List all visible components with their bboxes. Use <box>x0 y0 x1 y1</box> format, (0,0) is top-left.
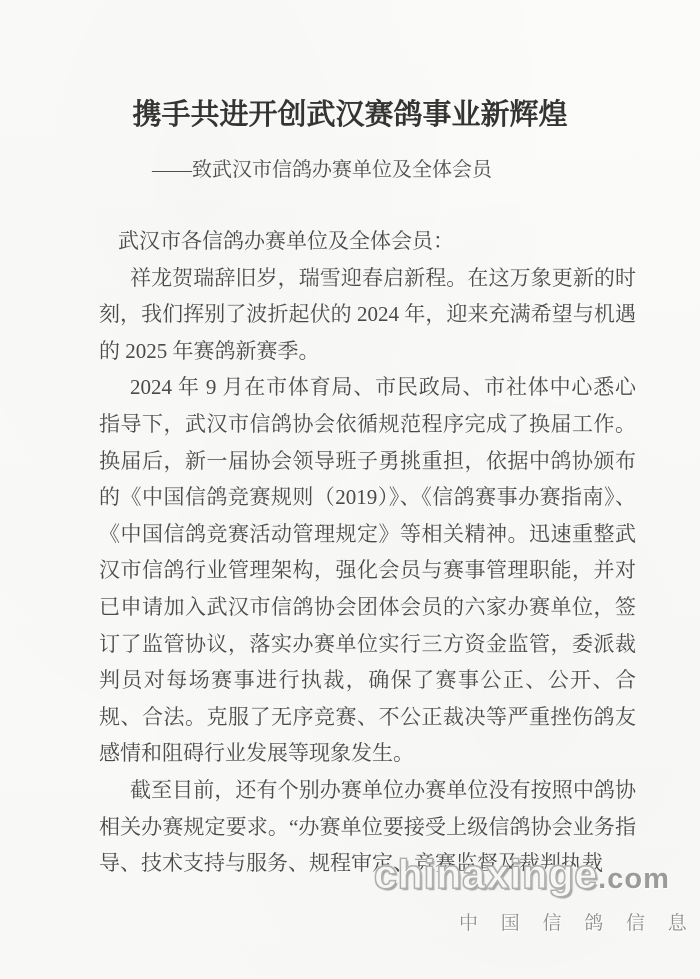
paragraph-association-work: 2024 年 9 月在市体育局、市民政局、市社体中心悉心指导下，武汉市信鸽协会依… <box>99 369 636 772</box>
watermark-site-name: 中 国 信 鸽 信 息 网 <box>459 908 674 935</box>
paragraph-current-issues: 截至目前，还有个别办赛单位办赛单位没有按照中鸽协相关办赛规定要求。“办赛单位要接… <box>99 772 636 882</box>
document-title: 携手共进开创武汉赛鸽事业新辉煌 <box>0 92 700 133</box>
document-subtitle: ——致武汉市信鸽办赛单位及全体会员 <box>0 153 672 182</box>
salutation-line: 武汉市各信鸽办赛单位及全体会员： <box>99 223 636 260</box>
document-body: 武汉市各信鸽办赛单位及全体会员： 祥龙贺瑞辞旧岁，瑞雪迎春启新程。在这万象更新的… <box>99 223 636 882</box>
scanned-document-page: 携手共进开创武汉赛鸽事业新辉煌 ——致武汉市信鸽办赛单位及全体会员 武汉市各信鸽… <box>0 0 700 979</box>
paragraph-opening: 祥龙贺瑞辞旧岁，瑞雪迎春启新程。在这万象更新的时刻，我们挥别了波折起伏的 202… <box>99 260 636 370</box>
